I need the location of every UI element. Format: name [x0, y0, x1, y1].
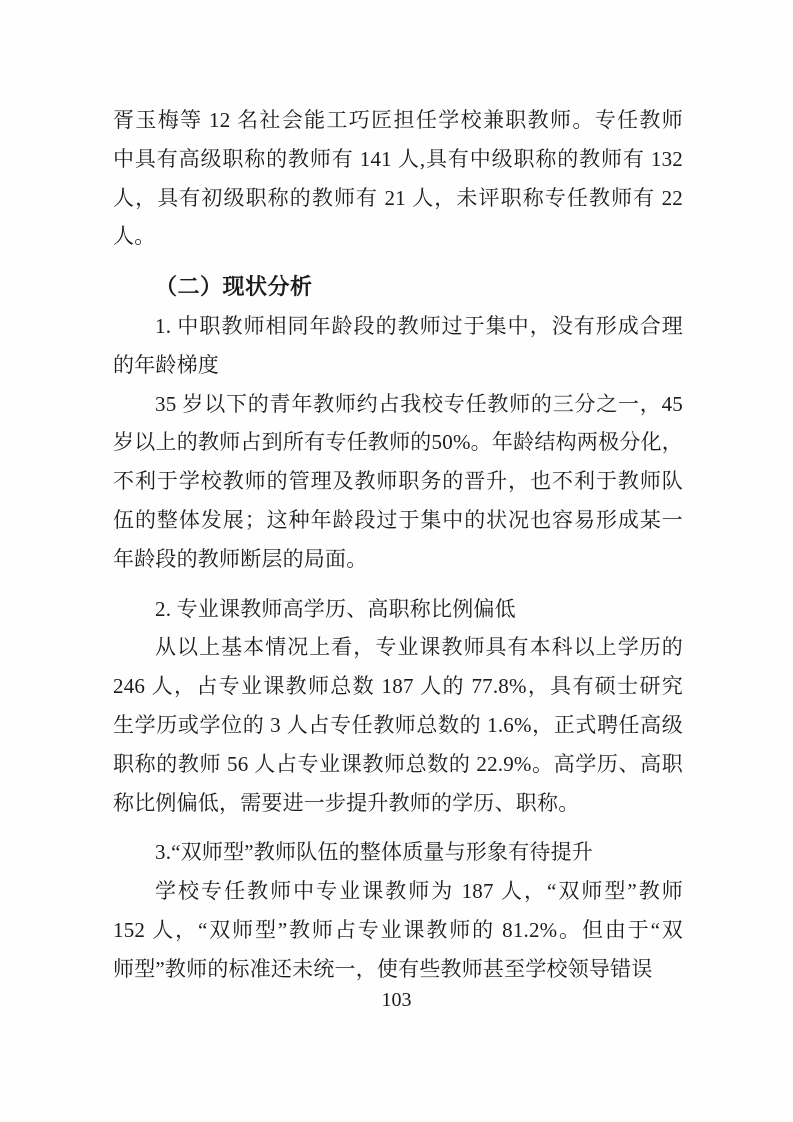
- text-line: 152 人，“双师型”教师占专业课教师的 81.2%。但由于“双: [113, 911, 683, 950]
- paragraph: 学校专任教师中专业课教师为 187 人，“双师型”教师152 人，“双师型”教师…: [113, 872, 683, 988]
- text-content: 胥玉梅等 12 名社会能工巧匠担任学校兼职教师。专任教师中具有高级职称的教师有 …: [113, 101, 683, 989]
- paragraph: 35 岁以下的青年教师约占我校专任教师的三分之一，45岁以上的教师占到所有专任教…: [113, 385, 683, 579]
- text-line: 的年龄梯度: [113, 346, 683, 385]
- text-line: 称比例偏低，需要进一步提升教师的学历、职称。: [113, 784, 683, 823]
- page-number: 103: [0, 986, 793, 1014]
- text-line: 2. 专业课教师高学历、高职称比例偏低: [113, 590, 683, 629]
- text-line: 生学历或学位的 3 人占专任教师总数的 1.6%，正式聘任高级: [113, 706, 683, 745]
- text-line: 人，具有初级职称的教师有 21 人，未评职称专任教师有 22: [113, 179, 683, 218]
- text-line: 246 人，占专业课教师总数 187 人的 77.8%，具有硕士研究: [113, 667, 683, 706]
- document-page: 胥玉梅等 12 名社会能工巧匠担任学校兼职教师。专任教师中具有高级职称的教师有 …: [0, 0, 793, 1122]
- text-line: 职称的教师 56 人占专业课教师总数的 22.9%。高学历、高职: [113, 745, 683, 784]
- text-line: 从以上基本情况上看，专业课教师具有本科以上学历的: [113, 628, 683, 667]
- section-title: 2. 专业课教师高学历、高职称比例偏低: [113, 590, 683, 629]
- text-line: 35 岁以下的青年教师约占我校专任教师的三分之一，45: [113, 385, 683, 424]
- text-line: 师型”教师的标准还未统一，使有些教师甚至学校领导错误: [113, 950, 683, 989]
- section-heading: （二）现状分析: [113, 268, 683, 307]
- text-line: 不利于学校教师的管理及教师职务的晋升，也不利于教师队: [113, 462, 683, 501]
- text-line: （二）现状分析: [113, 268, 683, 307]
- text-line: 中具有高级职称的教师有 141 人,具有中级职称的教师有 132: [113, 140, 683, 179]
- text-line: 岁以上的教师占到所有专任教师的50%。年龄结构两极分化，: [113, 423, 683, 462]
- text-line: 伍的整体发展；这种年龄段过于集中的状况也容易形成某一: [113, 501, 683, 540]
- text-line: 学校专任教师中专业课教师为 187 人，“双师型”教师: [113, 872, 683, 911]
- section-title: 1. 中职教师相同年龄段的教师过于集中，没有形成合理的年龄梯度: [113, 307, 683, 385]
- text-line: 3.“双师型”教师队伍的整体质量与形象有待提升: [113, 833, 683, 872]
- text-line: 胥玉梅等 12 名社会能工巧匠担任学校兼职教师。专任教师: [113, 101, 683, 140]
- text-line: 年龄段的教师断层的局面。: [113, 540, 683, 579]
- paragraph: 从以上基本情况上看，专业课教师具有本科以上学历的246 人，占专业课教师总数 1…: [113, 628, 683, 822]
- text-line: 人。: [113, 217, 683, 256]
- paragraph: 胥玉梅等 12 名社会能工巧匠担任学校兼职教师。专任教师中具有高级职称的教师有 …: [113, 101, 683, 256]
- section-title: 3.“双师型”教师队伍的整体质量与形象有待提升: [113, 833, 683, 872]
- text-line: 1. 中职教师相同年龄段的教师过于集中，没有形成合理: [113, 307, 683, 346]
